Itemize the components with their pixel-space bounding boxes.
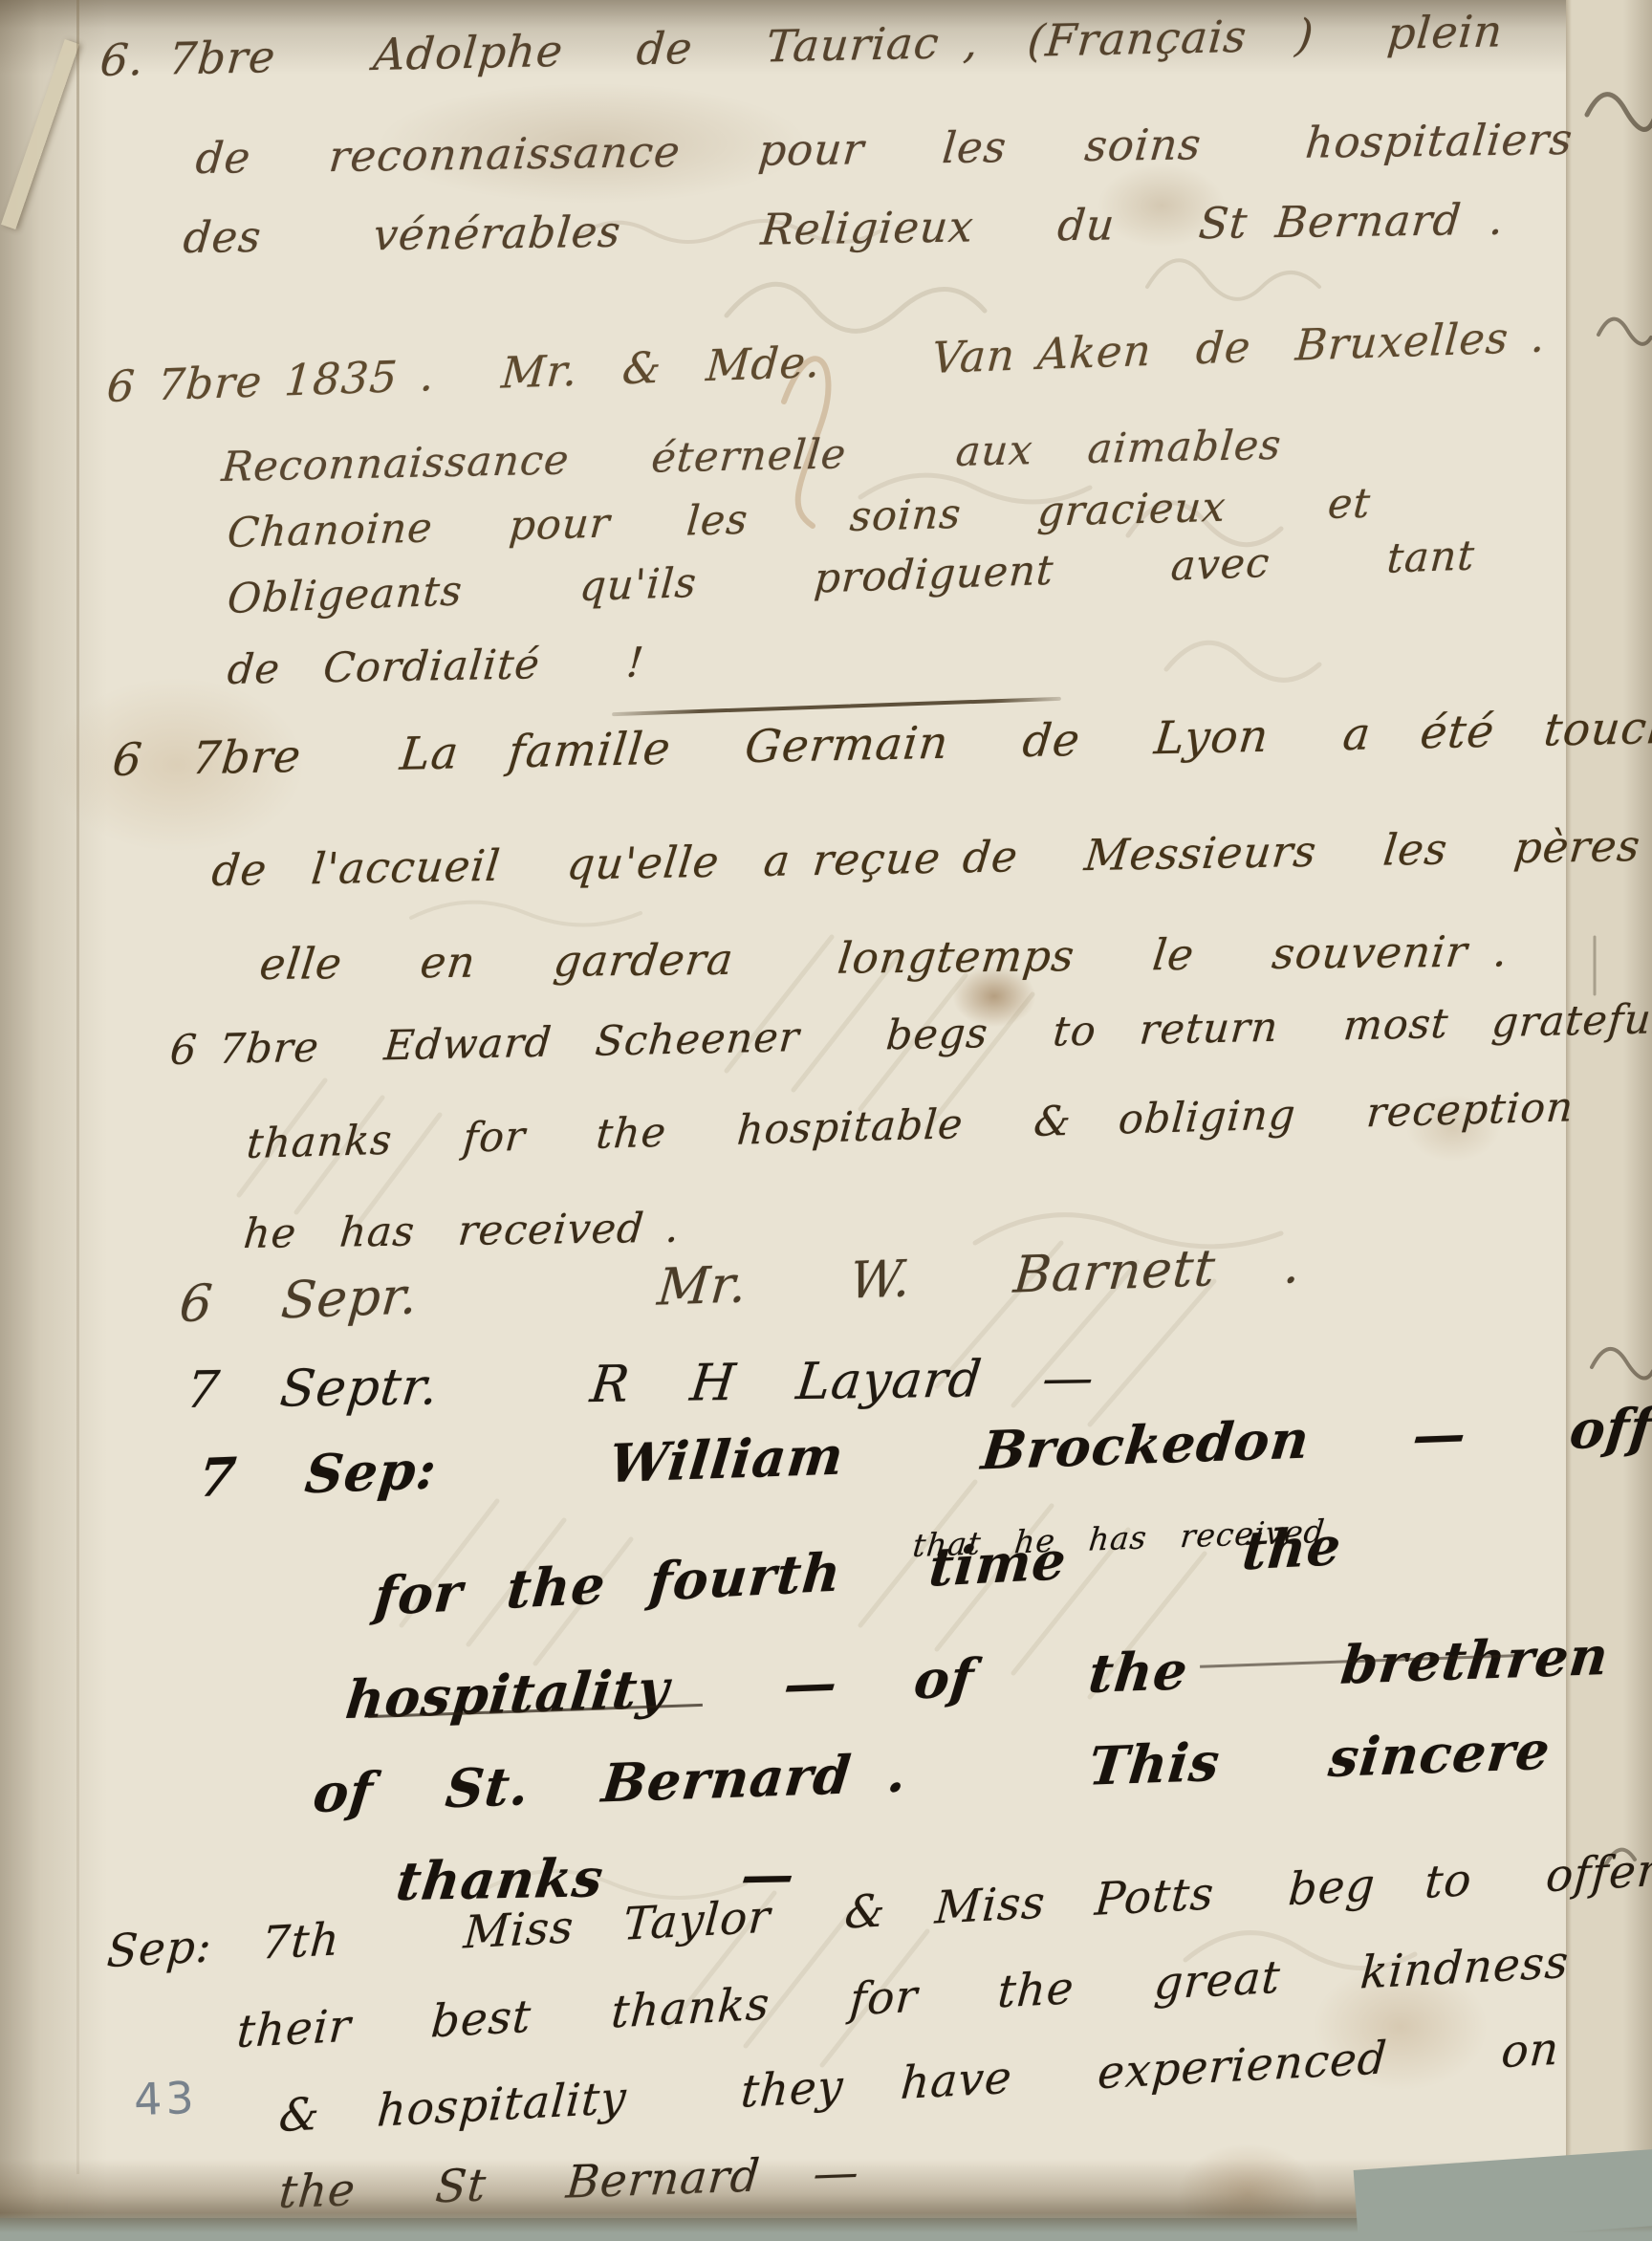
entry-scheener-line-3: he has received . bbox=[242, 1208, 682, 1255]
entry-vanaken-line-5: de Cordialité ! bbox=[226, 642, 645, 691]
page-number: 43 bbox=[133, 2072, 198, 2125]
gutter-crease bbox=[76, 0, 79, 2174]
entry-germain-line-3: elle en gardera longtemps le souvenir . bbox=[257, 929, 1511, 986]
entry-layard-signature: 7 Septr. R H Layard — bbox=[184, 1353, 1097, 1416]
manuscript-photo: 6. 7bre Adolphe de Tauriac , (Français )… bbox=[0, 0, 1652, 2241]
